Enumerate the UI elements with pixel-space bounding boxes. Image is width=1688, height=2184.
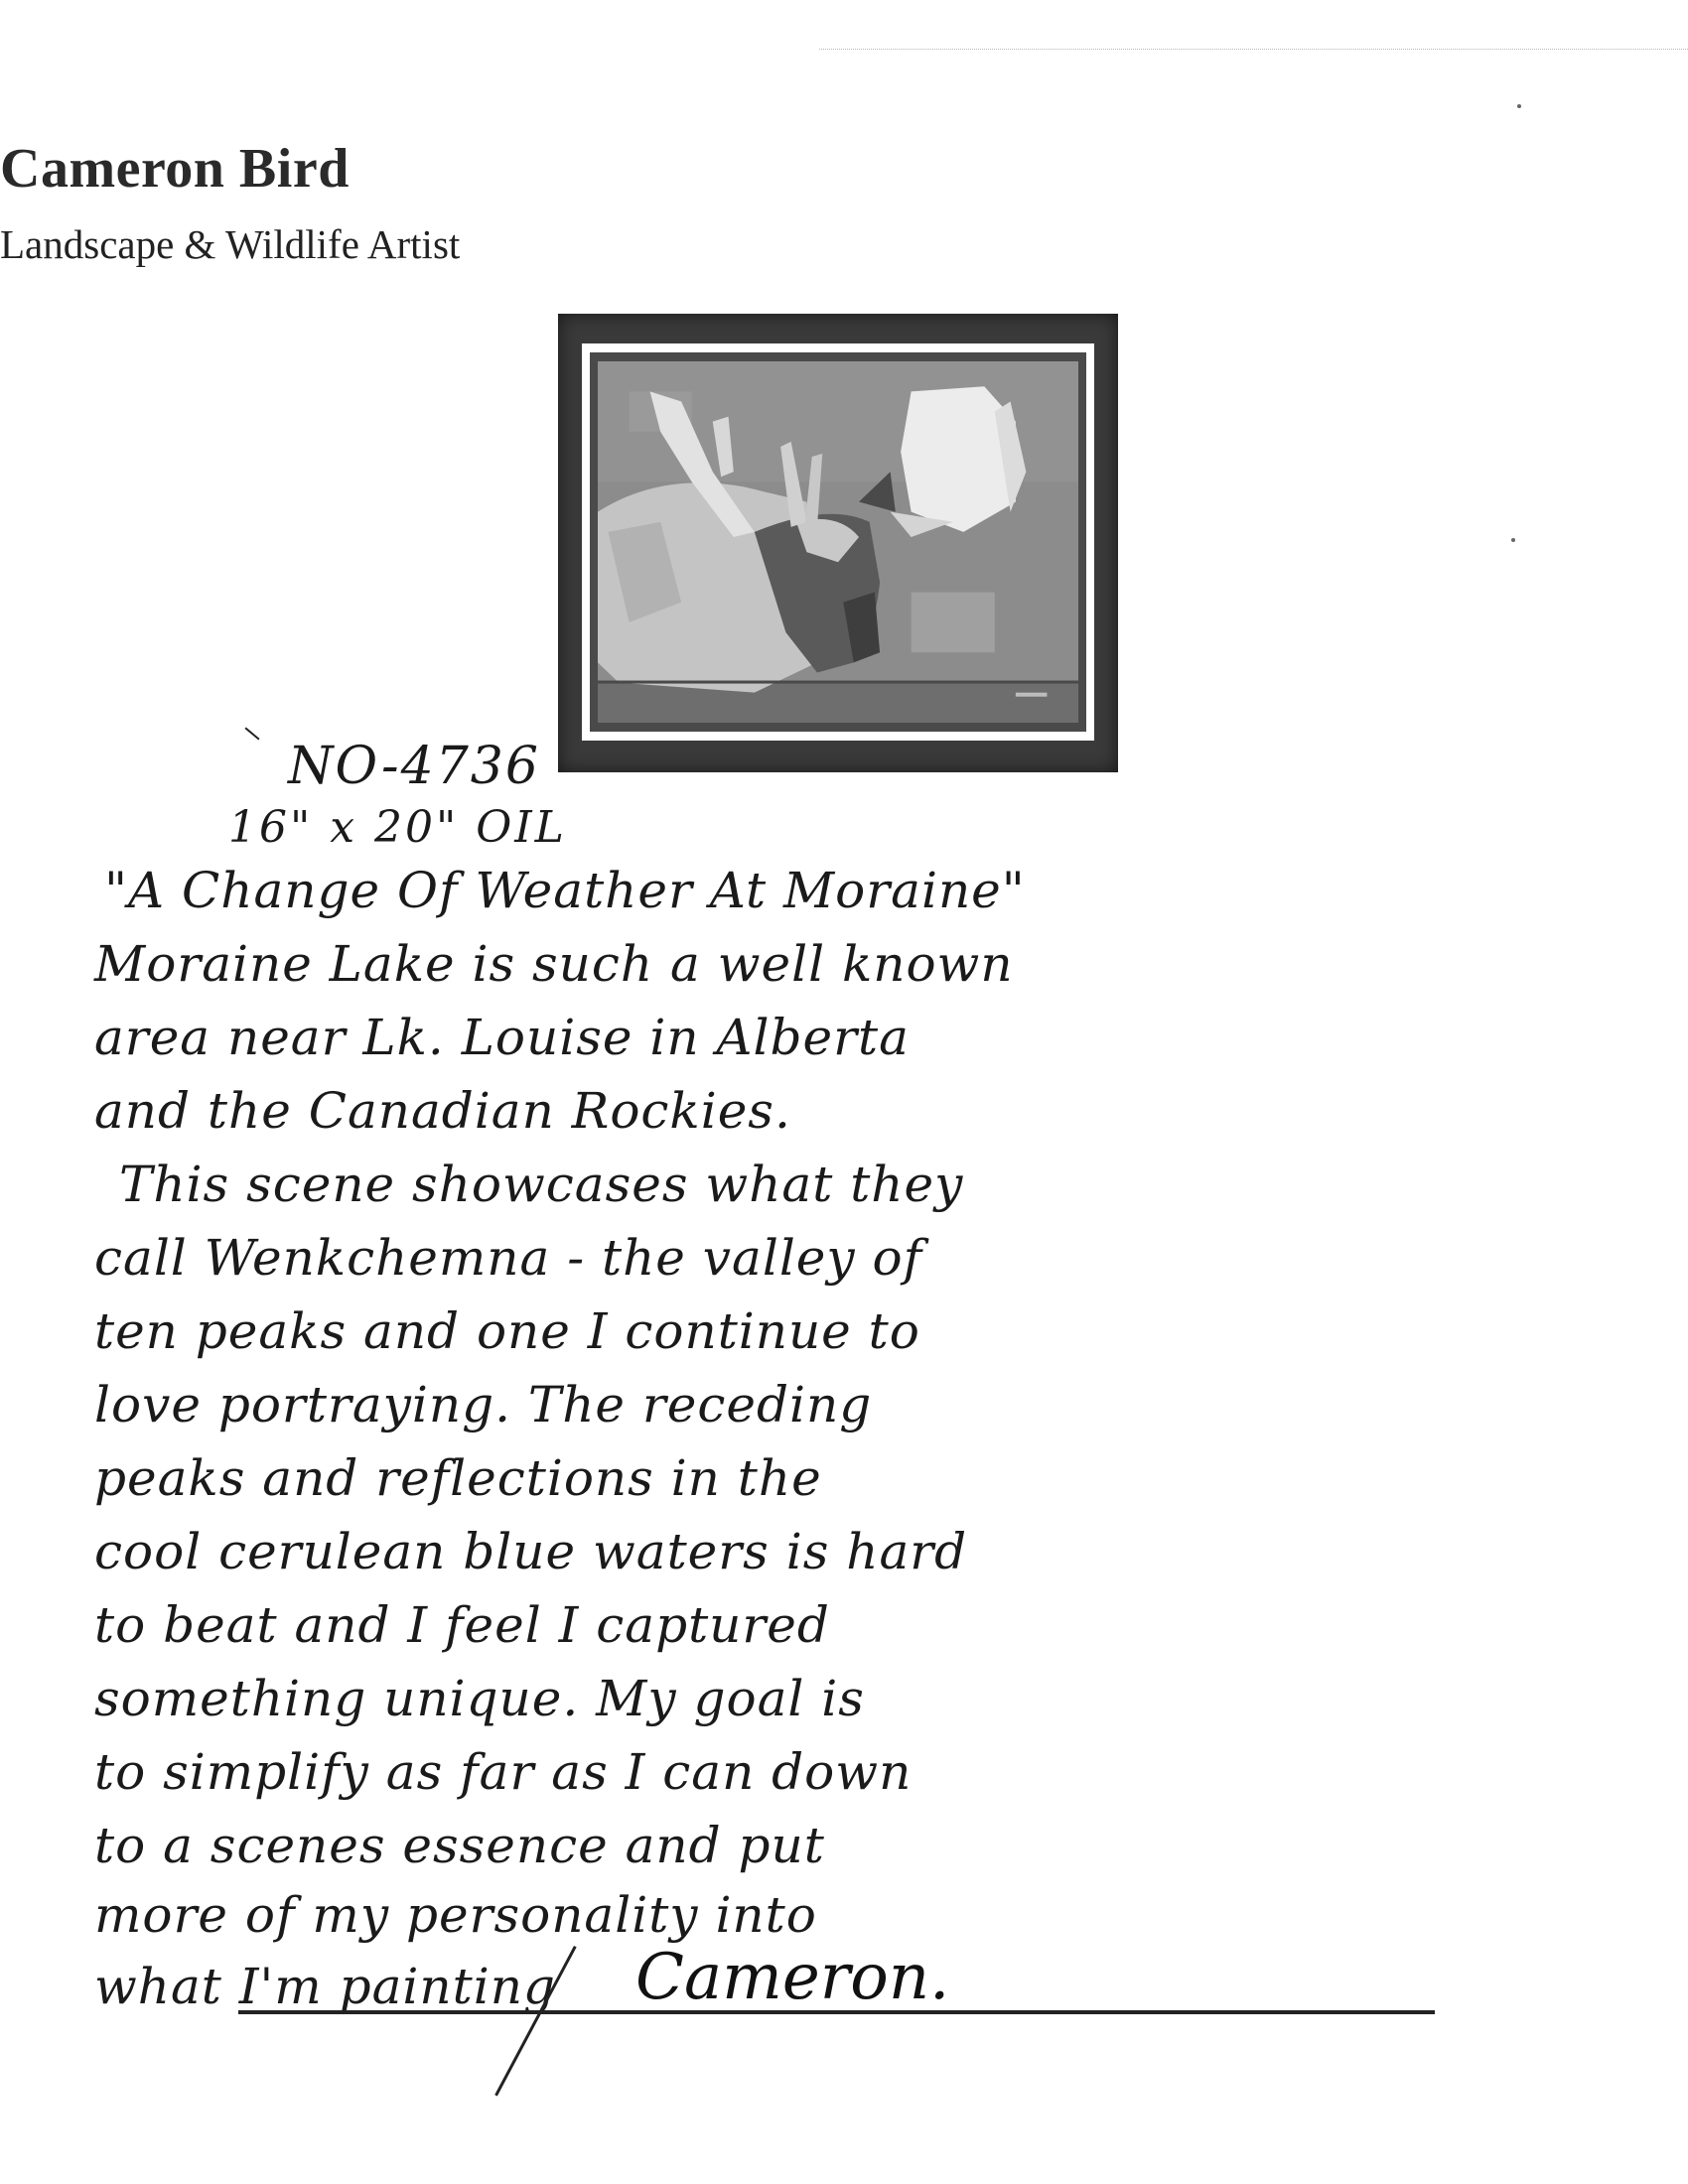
note-line: area near Lk. Louise in Alberta <box>94 1009 910 1066</box>
artwork-mat <box>582 343 1094 741</box>
moose-icon <box>598 361 1078 723</box>
signature: Cameron. <box>635 1941 949 2014</box>
note-line: ten peaks and one I continue to <box>94 1302 920 1360</box>
scan-speck <box>1517 104 1521 108</box>
annotation-tick-mark <box>244 727 259 740</box>
dimensions-medium: 16" x 20" OIL <box>228 802 567 853</box>
note-line: peaks and reflections in the <box>94 1449 822 1507</box>
note-line: something unique. My goal is <box>94 1670 865 1727</box>
note-line: This scene showcases what they <box>119 1156 963 1213</box>
note-line: love portraying. The receding <box>94 1376 872 1433</box>
letter-page: Cameron Bird Landscape & Wildlife Artist <box>0 0 1688 2184</box>
note-line: cool cerulean blue waters is hard <box>94 1523 967 1580</box>
painting-title: "A Change Of Weather At Moraine" <box>104 862 1026 919</box>
artist-name: Cameron Bird <box>0 137 1688 201</box>
note-line: and the Canadian Rockies. <box>94 1082 791 1140</box>
note-line: Moraine Lake is such a well known <box>94 935 1014 993</box>
note-line: what I'm painting <box>94 1958 556 2015</box>
artwork-frame <box>558 314 1118 772</box>
note-line: to beat and I feel I captured <box>94 1596 830 1654</box>
note-line: to a scenes essence and put <box>94 1817 825 1874</box>
note-line: to simplify as far as I can down <box>94 1743 912 1801</box>
scan-speck <box>1511 538 1515 542</box>
note-line: more of my personality into <box>94 1886 817 1944</box>
artist-title: Landscape & Wildlife Artist <box>0 220 1688 268</box>
scan-edge-line <box>819 49 1688 50</box>
artwork-inner-frame <box>590 352 1086 732</box>
note-line: call Wenkchemna - the valley of <box>94 1229 922 1287</box>
moose-painting-image <box>598 361 1078 723</box>
catalog-number: NO-4736 <box>288 737 540 796</box>
